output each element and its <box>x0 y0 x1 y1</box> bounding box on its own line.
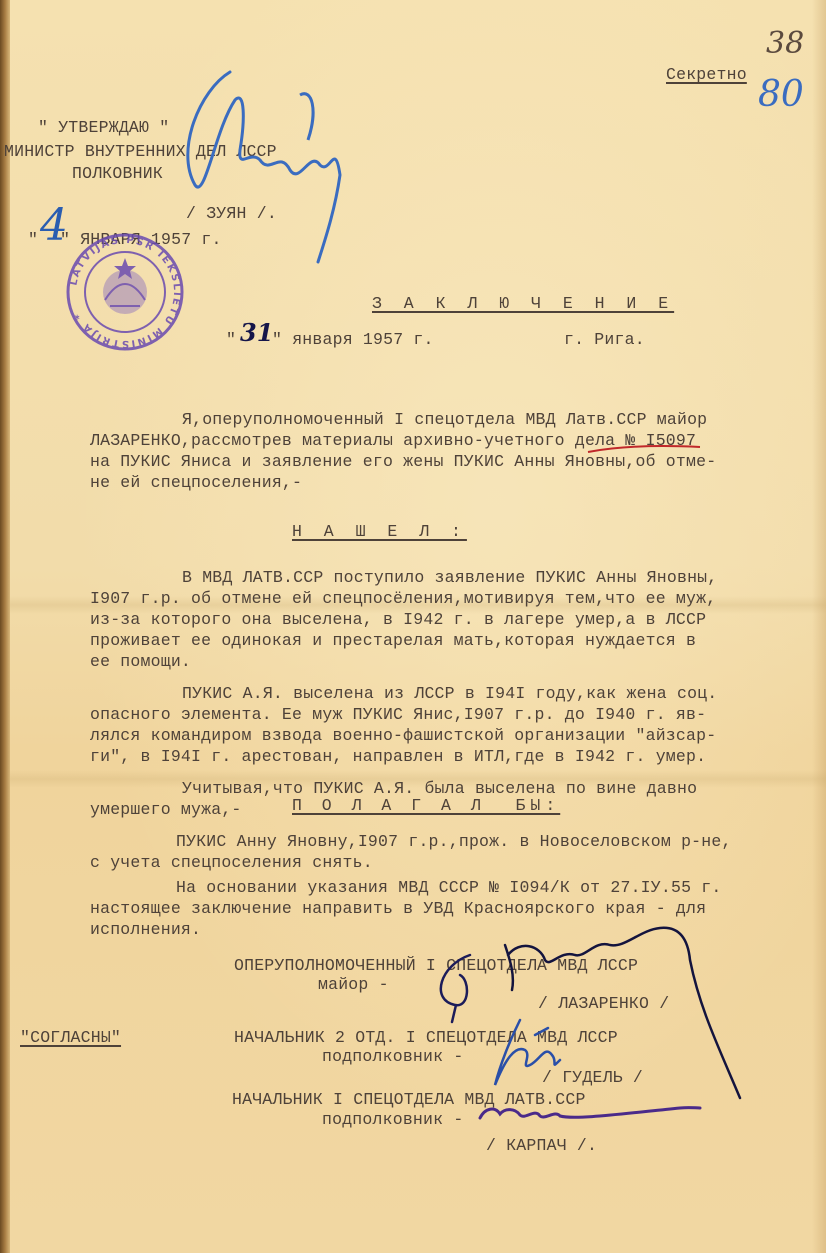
document-title: З А К Л Ю Ч Е Н И Е <box>372 294 674 313</box>
page-edge-shadow <box>812 0 826 1253</box>
approval-heading: " УТВЕРЖДАЮ " <box>38 118 169 137</box>
signer-2-position: НАЧАЛЬНИК 2 ОТД. I СПЕЦОТДЕЛА МВД ЛССР <box>234 1028 618 1047</box>
date-day: 31 <box>240 318 273 347</box>
signer-3-position: НАЧАЛЬНИК I СПЕЦОТДЕЛА МВД ЛАТВ.ССР <box>232 1090 586 1109</box>
approval-date-rest: " ЯНВАРЯ 1957 г. <box>60 230 222 249</box>
approval-rank: ПОЛКОВНИК <box>72 164 163 183</box>
date-place: г. Рига. <box>564 330 645 349</box>
found-line: ги", в I94I г. арестован, направлен в ИТ… <box>90 747 706 766</box>
date-open-quote: " <box>226 330 236 349</box>
page-number-current: 80 <box>758 74 804 115</box>
signer-2-name: / ГУДЕЛЬ / <box>542 1068 643 1087</box>
binding-edge <box>0 0 10 1253</box>
section-heading-found: Н А Ш Е Л : <box>292 522 467 541</box>
classification-mark: Секретно <box>666 65 747 84</box>
signer-1-rank: майор - <box>318 975 389 994</box>
signer-1-name: / ЛАЗАРЕНКО / <box>538 994 669 1013</box>
signer-1-position: ОПЕРУПОЛНОМОЧЕННЫЙ I СПЕЦОТДЕЛА МВД ЛССР <box>234 956 638 975</box>
found-line: из-за которого она выселена, в I942 г. в… <box>90 610 706 629</box>
found-line: ее помощи. <box>90 652 191 671</box>
resolved-line: На основании указания МВД СССР № I094/К … <box>176 878 722 897</box>
resolved-line: настоящее заключение направить в УВД Кра… <box>90 899 706 918</box>
intro-line: ЛАЗАРЕНКО,рассмотрев материалы архивно-у… <box>90 431 696 450</box>
date-rest: " января 1957 г. <box>272 330 434 349</box>
found-line: проживает ее одинокая и престарелая мать… <box>90 631 696 650</box>
signer-2-rank: подполковник - <box>322 1047 463 1066</box>
section-heading-resolved: П О Л А Г А Л БЫ: <box>292 796 560 815</box>
found-line: умершего мужа,- <box>90 800 242 819</box>
intro-line: Я,оперуполномоченный I спецотдела МВД Ла… <box>182 410 707 429</box>
approval-name: / ЗУЯН /. <box>186 204 277 223</box>
found-line: опасного элемента. Ее муж ПУКИС Янис,I90… <box>90 705 706 724</box>
intro-line: на ПУКИС Яниса и заявление его жены ПУКИ… <box>90 452 716 471</box>
intro-line: не ей спецпоселения,- <box>90 473 302 492</box>
agreed-label: "СОГЛАСНЫ" <box>20 1028 121 1047</box>
page-number-crossed: 38 <box>766 26 804 61</box>
found-line: ПУКИС А.Я. выселена из ЛССР в I94I году,… <box>182 684 717 703</box>
found-line: В МВД ЛАТВ.ССР поступило заявление ПУКИС… <box>182 568 717 587</box>
signer-3-name: / КАРПАЧ /. <box>486 1136 597 1155</box>
signer-3-rank: подполковник - <box>322 1110 463 1129</box>
found-line: I907 г.р. об отмене ей спецпосёления,мот… <box>90 589 716 608</box>
approval-position: МИНИСТР ВНУТРЕННИХ ДЕЛ ЛССР <box>4 142 277 161</box>
found-line: лялся командиром взвода военно-фашистско… <box>90 726 716 745</box>
approval-date-quote: " <box>28 230 38 249</box>
resolved-line: с учета спецпоселения снять. <box>90 853 373 872</box>
resolved-line: исполнения. <box>90 920 201 939</box>
resolved-line: ПУКИС Анну Яновну,I907 г.р.,прож. в Ново… <box>176 832 732 851</box>
